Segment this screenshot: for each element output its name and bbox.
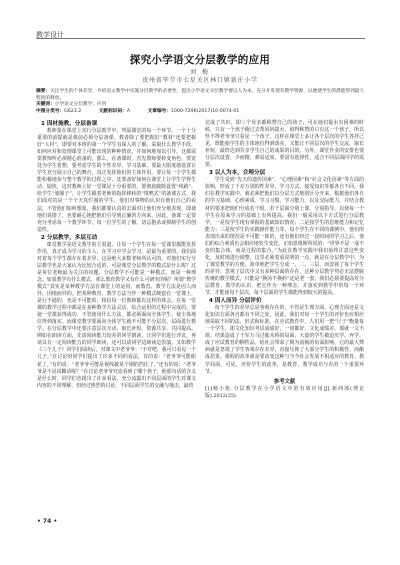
section-heading-4: 4 因人而异 分层评价 bbox=[205, 297, 364, 305]
classification-codes: 中图分类号：G623.2 文献标识码：A 文章编号：1000-7296(2017… bbox=[36, 109, 366, 116]
doc-code-value: A bbox=[127, 109, 130, 114]
body-column-left: 1 因材施教，分层备课 教师要在课堂上实行分层教学中，驾驭课堂的每一个环节，一个… bbox=[37, 120, 196, 390]
doc-code-label: 文献标识码： bbox=[99, 109, 127, 114]
keywords-label: 关键词： bbox=[36, 102, 55, 107]
clc-value: G623.2 bbox=[64, 109, 81, 114]
article-no-value: 1000-7296(2017)10-0074-01 bbox=[171, 109, 239, 114]
header-divider bbox=[36, 38, 365, 39]
abstract-text: 关注学生的个体差异，介绍语文教学中实施分层教学的必要性，提出小学语文分层教学要以… bbox=[36, 89, 364, 101]
page-number: • 74 • bbox=[37, 518, 57, 525]
article-no-label: 文章编号： bbox=[148, 109, 171, 114]
abstract: 摘要：关注学生的个体差异，介绍语文教学中实施分层教学的必要性，提出小学语文分层教… bbox=[36, 89, 366, 102]
keywords: 关键词：小学语文分层教学；应用 bbox=[36, 102, 366, 109]
body-paragraph: 课堂教学是语文教学的主渠道，让每一个学生在每一堂课里都能发挥作用，真正成为学习的… bbox=[37, 242, 196, 390]
body-paragraph: 学生受到“先天的遗传因素”、“心理因素”和“社会文化因素”等方面的影响，形成了千… bbox=[205, 177, 364, 297]
body-paragraph: 教师要在课堂上实行分层教学中，驾驭课堂的每一个环节，一个十分重要的前提就是课前必… bbox=[37, 128, 196, 234]
body-paragraph: 每个学生的差异总是客观存在的，不管是生理方面，心理方面还是文化知识方面各自都有不… bbox=[205, 305, 364, 375]
reference-item: [1]杨小艳.分层教学在小学语文中的有效应用[J].新西部(理论版),2012(… bbox=[205, 386, 364, 400]
author-affiliation: 贵州省毕节市七星关区林口镇新庄小学 bbox=[0, 75, 400, 84]
references-heading: 参考文献 bbox=[205, 378, 364, 386]
article-title: 探究小学语文分层教学的应用 bbox=[0, 52, 400, 67]
body-paragraph-continued: 达成了共识，即三个母亲都称赞自己的孩子，可在她们提水有困难的时候，只有一个孩子跑… bbox=[205, 120, 364, 169]
body-column-right: 达成了共识，即三个母亲都称赞自己的孩子，可在她们提水有困难的时候，只有一个孩子跑… bbox=[205, 120, 364, 400]
paper-page: 教学设计 探究小学语文分层教学的应用 刘 梅 贵州省毕节市七星关区林口镇新庄小学… bbox=[0, 0, 400, 565]
section-heading-2: 2 分层教学，多层互动 bbox=[37, 234, 196, 242]
keywords-text: 小学语文分层教学；应用 bbox=[55, 102, 107, 107]
section-heading-1: 1 因材施教，分层备课 bbox=[37, 120, 196, 128]
abstract-label: 摘要： bbox=[36, 89, 50, 94]
clc-label: 中图分类号： bbox=[36, 109, 64, 114]
